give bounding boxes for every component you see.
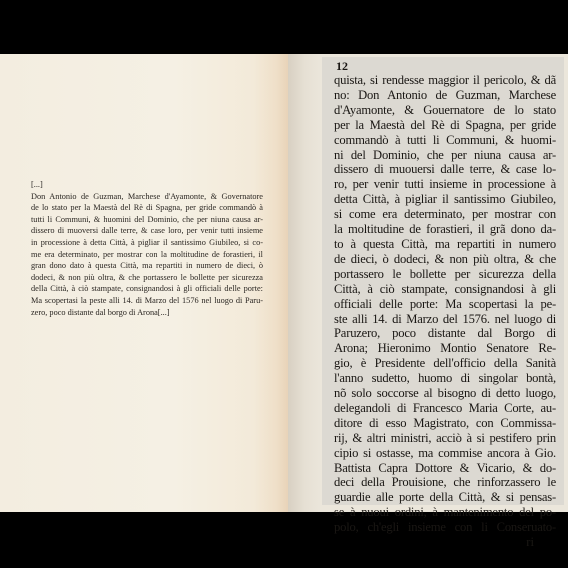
left-page: [...] Don Antonio de Guzman, Marchese d'… <box>0 54 288 512</box>
text-line: no: Don Antonio de Guzman, Marchese <box>334 88 556 103</box>
ellipsis-marker: [...] <box>31 179 263 191</box>
text-line: dodeci, & non più oltra, & che portasser… <box>31 272 263 284</box>
text-line: Don Antonio de Guzman, Marchese d'Ayamon… <box>31 191 263 203</box>
text-line: Battista Capra Dottore & Vicario, & do- <box>334 461 556 476</box>
text-line: Ma scopertasi la peste alli 14. di Marzo… <box>31 295 263 307</box>
text-line: Arona; Hieronimo Montio Senatore Re- <box>334 341 556 356</box>
text-line: ste alli 14. di Marzo del 1576. nel luog… <box>334 312 556 327</box>
text-line: polo, ch'egli insieme con li Conseruato- <box>334 520 556 535</box>
text-line: gio, è Presidente dell'officio della San… <box>334 356 556 371</box>
book-spread: [...] Don Antonio de Guzman, Marchese d'… <box>0 54 568 512</box>
text-line: ditore di esso Magistrato, con Commissa- <box>334 416 556 431</box>
text-line: zero, poco distante dal borgo di Arona[.… <box>31 307 263 319</box>
text-line: tutti li Communi, & huomini del Dominio,… <box>31 214 263 226</box>
text-line: guardie alle porte della Città, & si pen… <box>334 490 556 505</box>
page-number: 12 <box>336 59 556 73</box>
text-line: rij, & altri ministri, acciò à si pestif… <box>334 431 556 446</box>
facsimile-text: 12 quista, si rendesse maggior il perico… <box>334 59 556 550</box>
text-line: per la Maestà del Rè di Spagna, per grid… <box>334 118 556 133</box>
text-line: della Città, à ciò stampate, consignando… <box>31 283 263 295</box>
facsimile-panel: 12 quista, si rendesse maggior il perico… <box>322 57 564 505</box>
text-line: ni del Dominio, che per niuna causa ar- <box>334 148 556 163</box>
text-line: nõ solo soccorse al bisogno di detto luo… <box>334 386 556 401</box>
text-line: officiali delle porte: Ma scopertasi la … <box>334 297 556 312</box>
text-line: Paruzero, poco distante dal Borgo di <box>334 326 556 341</box>
text-line: detta Città, à pigliar il santissimo Giu… <box>334 192 556 207</box>
text-line: la moltitudine de forastieri, il grã don… <box>334 222 556 237</box>
text-line: de dieci, ò dodeci, & non più oltra, & c… <box>334 252 556 267</box>
text-line: to à questa Città, ma repartiti in numer… <box>334 237 556 252</box>
right-page: 12 quista, si rendesse maggior il perico… <box>288 54 568 512</box>
text-line: deci della Prouisione, che rinforzassero… <box>334 475 556 490</box>
catchword: ri <box>334 535 556 550</box>
text-line: quista, si rendesse maggior il pericolo,… <box>334 73 556 88</box>
text-line: si come era determinato, per mostrar con <box>334 207 556 222</box>
text-line: se à nuoui ordini, à mantenimento del po… <box>334 505 556 520</box>
text-line: gran dono dato à questa Città, ma repart… <box>31 260 263 272</box>
text-line: commandò à tutti li Communi, & huomi- <box>334 133 556 148</box>
text-line: delegandoli di Francesco Maria Corte, au… <box>334 401 556 416</box>
text-line: de lo stato per la Maestà del Rè di Spag… <box>31 202 263 214</box>
text-line: dissero di muoversi dalle terre, & case … <box>31 225 263 237</box>
text-line: cipio si ostasse, ma commise ancora à Gi… <box>334 446 556 461</box>
text-line: ro, per venir tutti insieme in processio… <box>334 177 556 192</box>
text-line: d'Ayamonte, & Gouernatore de lo stato <box>334 103 556 118</box>
transcription-text: [...] Don Antonio de Guzman, Marchese d'… <box>31 179 263 318</box>
text-line: me era determinato, per mostrar con la m… <box>31 249 263 261</box>
text-line: in processione à detta Città, à pigliar … <box>31 237 263 249</box>
text-line: dissero di muouersi dalle terre, & case … <box>334 162 556 177</box>
text-line: portassero le bollette per sicurezza del… <box>334 267 556 282</box>
text-line: l'anno sudetto, huomo di singolar bontà, <box>334 371 556 386</box>
text-line: Città, à ciò stampate, consignandosi à g… <box>334 282 556 297</box>
